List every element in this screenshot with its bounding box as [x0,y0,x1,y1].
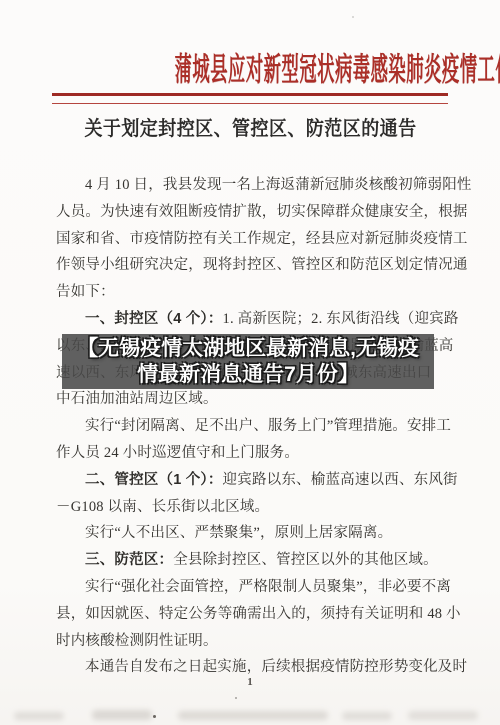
body-line-text: 作领导小组研究决定，现将封控区、管控区和防范区划定情况通 [56,257,468,273]
document-body-line: 4 月 10 日，我县发现一名上海返蒲新冠肺炎核酸初筛弱阳性 [56,172,450,199]
letterhead-double-rule [52,93,448,104]
body-line-text: 迎宾路以东、榆蓝高速以西、东风街 [223,472,458,488]
body-line-text: 人员。为快速有效阻断疫情扩散，切实保障群众健康安全，根据 [56,204,468,220]
document-title: 关于划定封控区、管控区、防范区的通告 [0,116,500,142]
scan-speck [153,715,156,718]
document-body-line: 实行“封闭隔离、足不出户、服务上门”管理措施。安排工 [56,413,450,440]
scan-smudge [408,711,478,720]
body-line-text: 中石油加油站周边区域。 [56,391,218,407]
caption-line-1: 【无锡疫情太湖地区最新消息,无锡疫 [77,336,419,362]
document-body-line: 作人员 24 小时巡逻值守和上门服务。 [56,440,450,467]
body-line-text: 时内核酸检测阴性证明。 [56,633,218,649]
document-body-line: 作领导小组研究决定，现将封控区、管控区和防范区划定情况通 [56,252,450,279]
body-line-text: 全县除封控区、管控区以外的其他区域。 [173,552,438,568]
document-body-line: 人员。为快速有效阻断疫情扩散，切实保障群众健康安全，根据 [56,199,450,226]
scan-speck [235,697,237,699]
letterhead-text: 蒲城县应对新型冠状病毒感染肺炎疫情工作领导小组 [175,50,500,88]
body-line-text: 国家和省、市疫情防控有关工作规定，经县应对新冠肺炎疫情工 [56,231,468,247]
section-heading: 一、封控区（4 个）： [85,311,223,327]
document-body-line: 实行“人不出区、严禁聚集”，原则上居家隔离。 [56,520,450,547]
body-line-text: 本通告自发布之日起实施，后续根据疫情防控形势变化及时 [85,659,467,675]
document-body: 4 月 10 日，我县发现一名上海返蒲新冠肺炎核酸初筛弱阳性 人员。为快速有效阻… [56,172,450,681]
body-line-text: 1. 高新医院；2. 东风街沿线（迎宾路 [223,311,459,327]
document-body-line: 三、防范区：全县除封控区、管控区以外的其他区域。 [56,547,450,574]
body-line-text: 告如下： [56,284,115,300]
body-line-text: 实行“人不出区、严禁聚集”，原则上居家隔离。 [85,525,392,541]
document-body-line: 告如下： [56,279,450,306]
section-heading: 三、防范区： [85,552,173,568]
document-body-line: 实行“强化社会面管控，严格限制人员聚集”，非必要不离 [56,574,450,601]
document-title-text: 关于划定封控区、管控区、防范区的通告 [84,116,416,142]
document-body-line: －G108 以南、长乐街以北区域。 [56,494,450,521]
letterhead: 蒲城县应对新型冠状病毒感染肺炎疫情工作领导小组 [0,50,500,88]
body-line-text: 实行“强化社会面管控，严格限制人员聚集”，非必要不离 [85,579,451,595]
section-heading: 二、管控区（1 个）： [85,472,223,488]
body-line-text: 实行“封闭隔离、足不出户、服务上门”管理措施。安排工 [85,418,451,434]
body-line-text: －G108 以南、长乐街以北区域。 [56,499,269,515]
body-line-text: 作人员 24 小时巡逻值守和上门服务。 [56,445,299,461]
scan-smudge [342,712,392,720]
document-body-line: 中石油加油站周边区域。 [56,386,450,413]
caption-line-2: 情最新消息通告7月份】 [137,362,359,388]
scan-smudge [92,710,152,720]
document-body-line: 二、管控区（1 个）：迎宾路以东、榆蓝高速以西、东风街 [56,467,450,494]
document-body-line: 一、封控区（4 个）：1. 高新医院；2. 东风街沿线（迎宾路 [56,306,450,333]
body-line-text: 县，如因就医、特定公务等确需出入的，须持有关证明和 48 小 [56,606,461,622]
scan-smudge [178,711,328,720]
scan-speck [352,16,354,18]
body-line-text: 4 月 10 日，我县发现一名上海返蒲新冠肺炎核酸初筛弱阳性 [85,177,472,193]
document-body-line: 国家和省、市疫情防控有关工作规定，经县应对新冠肺炎疫情工 [56,226,450,253]
caption-overlay-banner: 【无锡疫情太湖地区最新消息,无锡疫 情最新消息通告7月份】 [62,334,434,389]
scan-smudge [14,712,64,720]
document-body-line: 县，如因就医、特定公务等确需出入的，须持有关证明和 48 小 [56,601,450,628]
page-number: 1 [0,676,500,688]
document-body-line: 时内核酸检测阴性证明。 [56,628,450,655]
